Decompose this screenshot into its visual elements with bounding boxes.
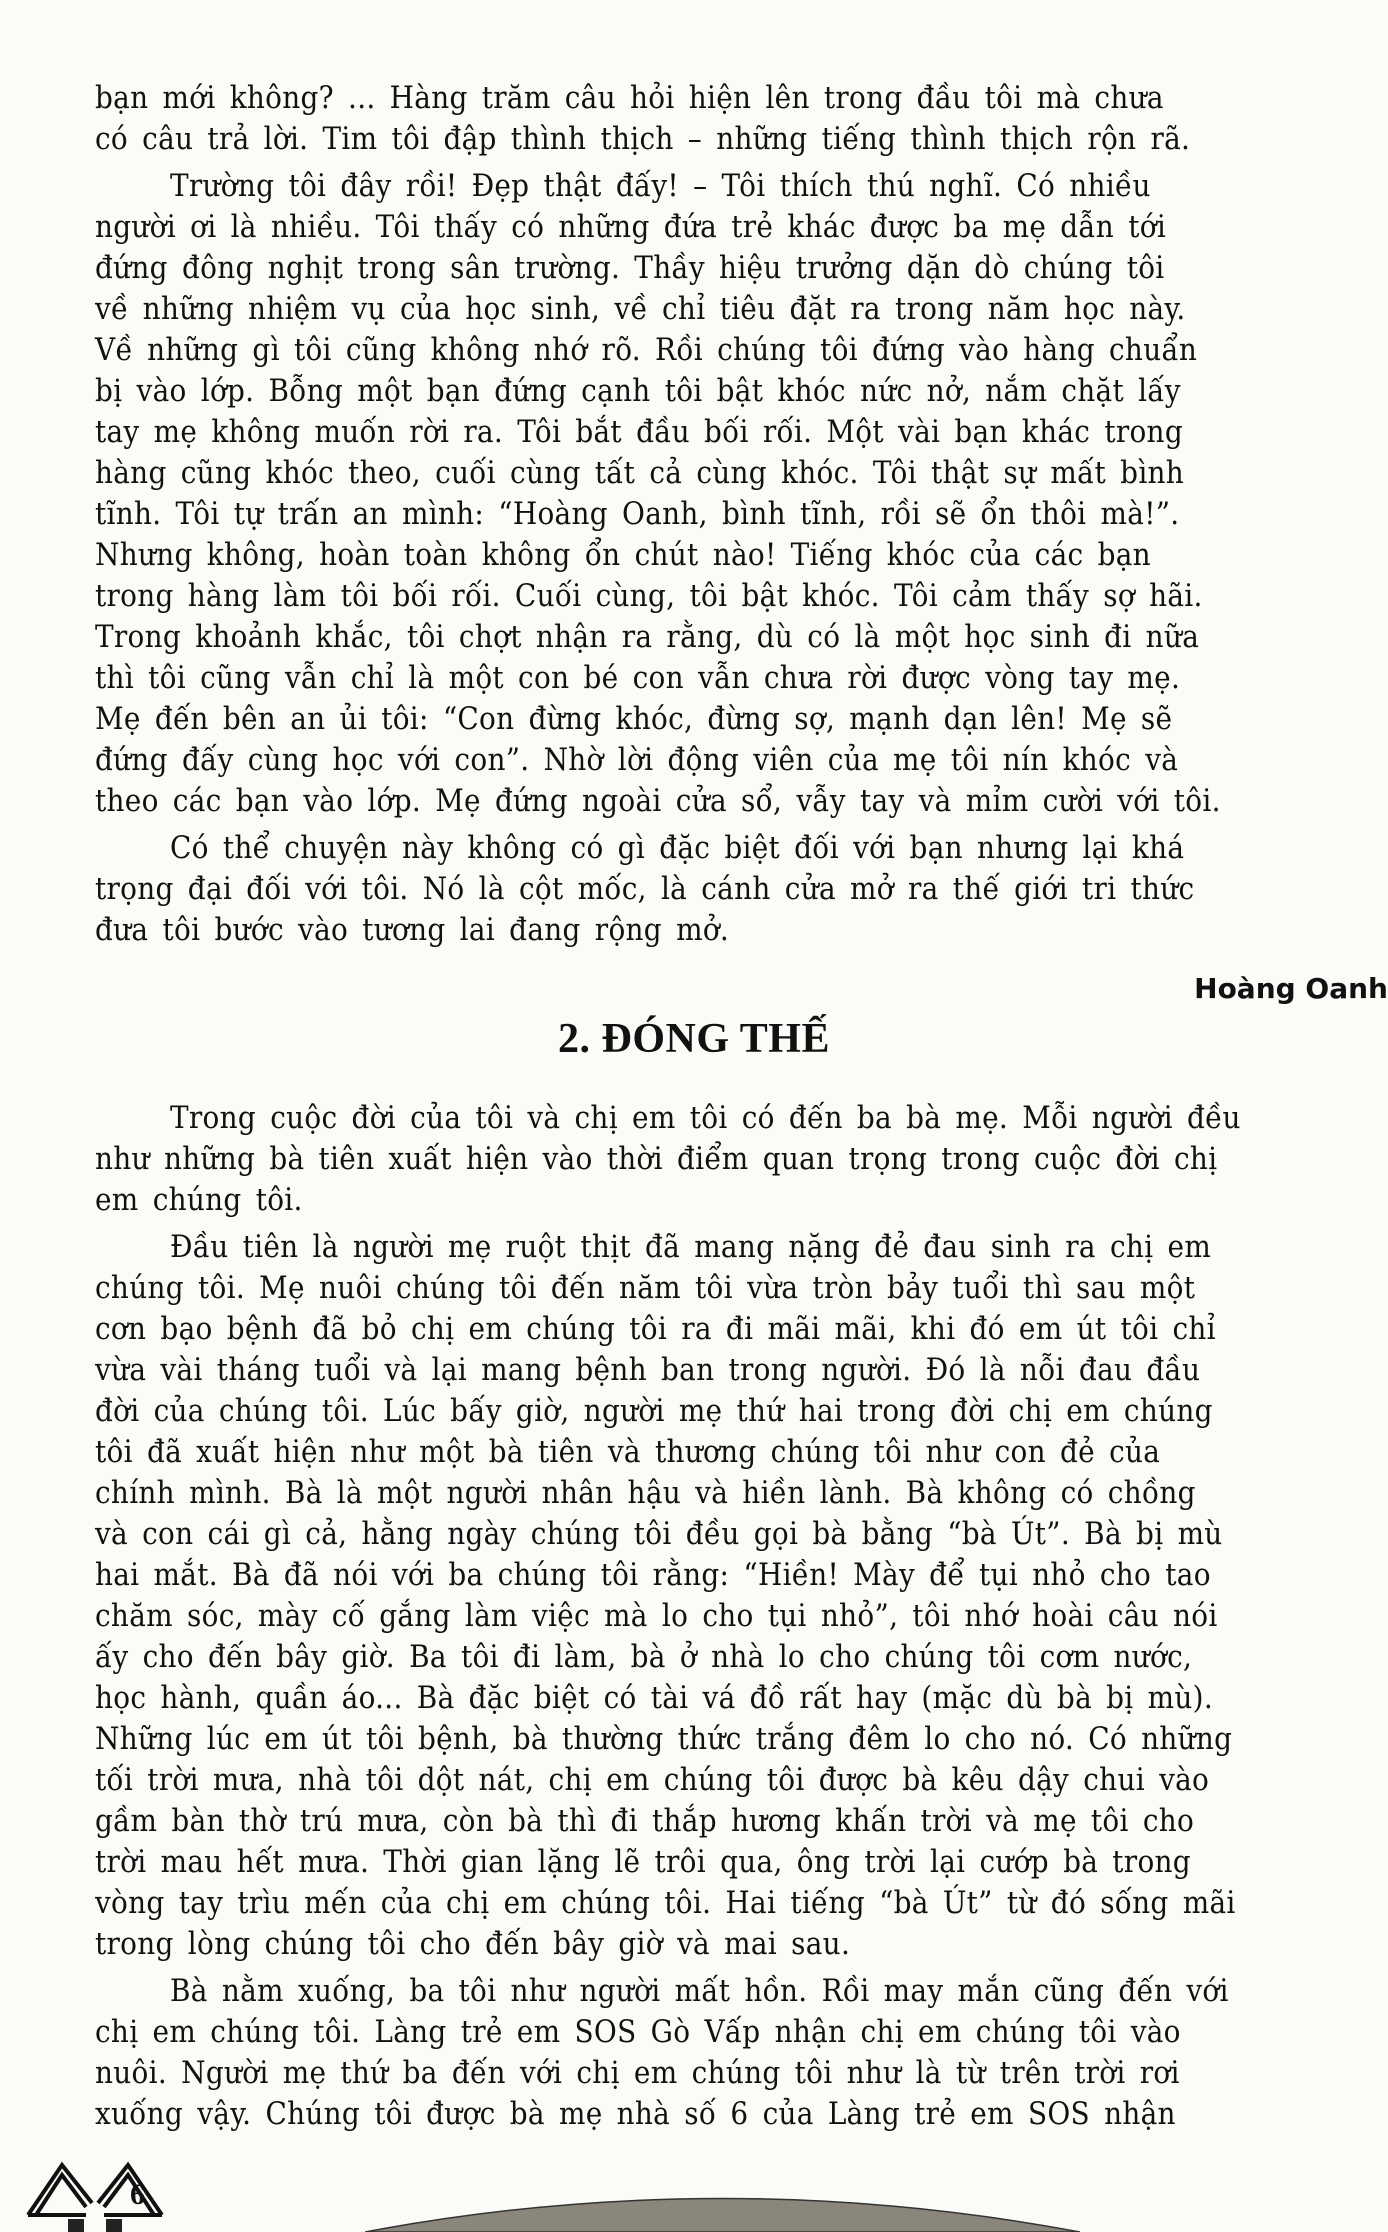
author-signature: Hoàng Oanh — [1194, 972, 1388, 1005]
text-line: chính mình. Bà là một người nhân hậu và … — [95, 1473, 1388, 1513]
text-line: Nhưng không, hoàn toàn không ổn chút nào… — [95, 535, 1388, 575]
text-line: về những nhiệm vụ của học sinh, về chỉ t… — [95, 289, 1388, 329]
section-title: 2. ĐÓNG THẾ — [0, 1015, 1388, 1063]
text-line: như những bà tiên xuất hiện vào thời điể… — [95, 1139, 1388, 1179]
text-line: vừa vài tháng tuổi và lại mang bệnh ban … — [95, 1350, 1388, 1390]
paragraph-start: Bà nằm xuống, ba tôi như người mất hồn. … — [170, 1971, 1388, 2011]
text-line: theo các bạn vào lớp. Mẹ đứng ngoài cửa … — [95, 781, 1388, 821]
paragraph-start: Có thể chuyện này không có gì đặc biệt đ… — [170, 828, 1388, 868]
text-line: hàng cũng khóc theo, cuối cùng tất cả cù… — [95, 453, 1388, 493]
text-line: tĩnh. Tôi tự trấn an mình: “Hoàng Oanh, … — [95, 494, 1388, 534]
text-line: Mẹ đến bên an ủi tôi: “Con đừng khóc, đừ… — [95, 699, 1388, 739]
book-page: bạn mới không? ... Hàng trăm câu hỏi hiệ… — [0, 0, 1388, 2232]
text-line: trong lòng chúng tôi cho đến bây giờ và … — [95, 1924, 1388, 1964]
text-line: xuống vậy. Chúng tôi được bà mẹ nhà số 6… — [95, 2094, 1388, 2134]
text-line: đứng đấy cùng học với con”. Nhờ lời động… — [95, 740, 1388, 780]
text-line: tay mẹ không muốn rời ra. Tôi bắt đầu bố… — [95, 412, 1388, 452]
text-line: ấy cho đến bây giờ. Ba tôi đi làm, bà ở … — [95, 1637, 1388, 1677]
text-line: chăm sóc, mày cố gắng làm việc mà lo cho… — [95, 1596, 1388, 1636]
text-line: Về những gì tôi cũng không nhớ rõ. Rồi c… — [95, 330, 1388, 370]
text-line: người ơi là nhiều. Tôi thấy có những đứa… — [95, 207, 1388, 247]
text-line: chị em chúng tôi. Làng trẻ em SOS Gò Vấp… — [95, 2012, 1388, 2052]
text-line: trong hàng làm tôi bối rối. Cuối cùng, t… — [95, 576, 1388, 616]
open-book-icon — [20, 2155, 170, 2232]
text-line: em chúng tôi. — [95, 1180, 1388, 1220]
text-line: tôi đã xuất hiện như một bà tiên và thươ… — [95, 1432, 1388, 1472]
text-line: Những lúc em út tôi bệnh, bà thường thức… — [95, 1719, 1388, 1759]
text-line: tối trời mưa, nhà tôi dột nát, chị em ch… — [95, 1760, 1388, 1800]
text-line: đứng đông nghịt trong sân trường. Thầy h… — [95, 248, 1388, 288]
text-line: bạn mới không? ... Hàng trăm câu hỏi hiệ… — [95, 78, 1388, 118]
text-line: vòng tay trìu mến của chị em chúng tôi. … — [95, 1883, 1388, 1923]
paragraph-start: Trong cuộc đời của tôi và chị em tôi có … — [170, 1098, 1388, 1138]
text-line: gầm bàn thờ trú mưa, còn bà thì đi thắp … — [95, 1801, 1388, 1841]
text-line: bị vào lớp. Bỗng một bạn đứng cạnh tôi b… — [95, 371, 1388, 411]
paragraph-start: Đầu tiên là người mẹ ruột thịt đã mang n… — [170, 1227, 1388, 1267]
text-line: chúng tôi. Mẹ nuôi chúng tôi đến năm tôi… — [95, 1268, 1388, 1308]
text-line: hai mắt. Bà đã nói với ba chúng tôi rằng… — [95, 1555, 1388, 1595]
text-line: và con cái gì cả, hằng ngày chúng tôi đề… — [95, 1514, 1388, 1554]
text-line: đưa tôi bước vào tương lai đang rộng mở. — [95, 910, 1388, 950]
text-line: học hành, quần áo... Bà đặc biệt có tài … — [95, 1678, 1388, 1718]
text-line: nuôi. Người mẹ thứ ba đến với chị em chú… — [95, 2053, 1388, 2093]
text-line: trọng đại đối với tôi. Nó là cột mốc, là… — [95, 869, 1388, 909]
paragraph-start: Trường tôi đây rồi! Đẹp thật đấy! – Tôi … — [170, 166, 1388, 206]
text-line: trời mau hết mưa. Thời gian lặng lẽ trôi… — [95, 1842, 1388, 1882]
text-line: thì tôi cũng vẫn chỉ là một con bé con v… — [95, 658, 1388, 698]
text-line: có câu trả lời. Tim tôi đập thình thịch … — [95, 119, 1388, 159]
page-number: 6 — [130, 2178, 145, 2212]
text-line: cơn bạo bệnh đã bỏ chị em chúng tôi ra đ… — [95, 1309, 1388, 1349]
decorative-arch — [365, 2195, 1080, 2232]
text-line: Trong khoảnh khắc, tôi chợt nhận ra rằng… — [95, 617, 1388, 657]
text-line: đời của chúng tôi. Lúc bấy giờ, người mẹ… — [95, 1391, 1388, 1431]
